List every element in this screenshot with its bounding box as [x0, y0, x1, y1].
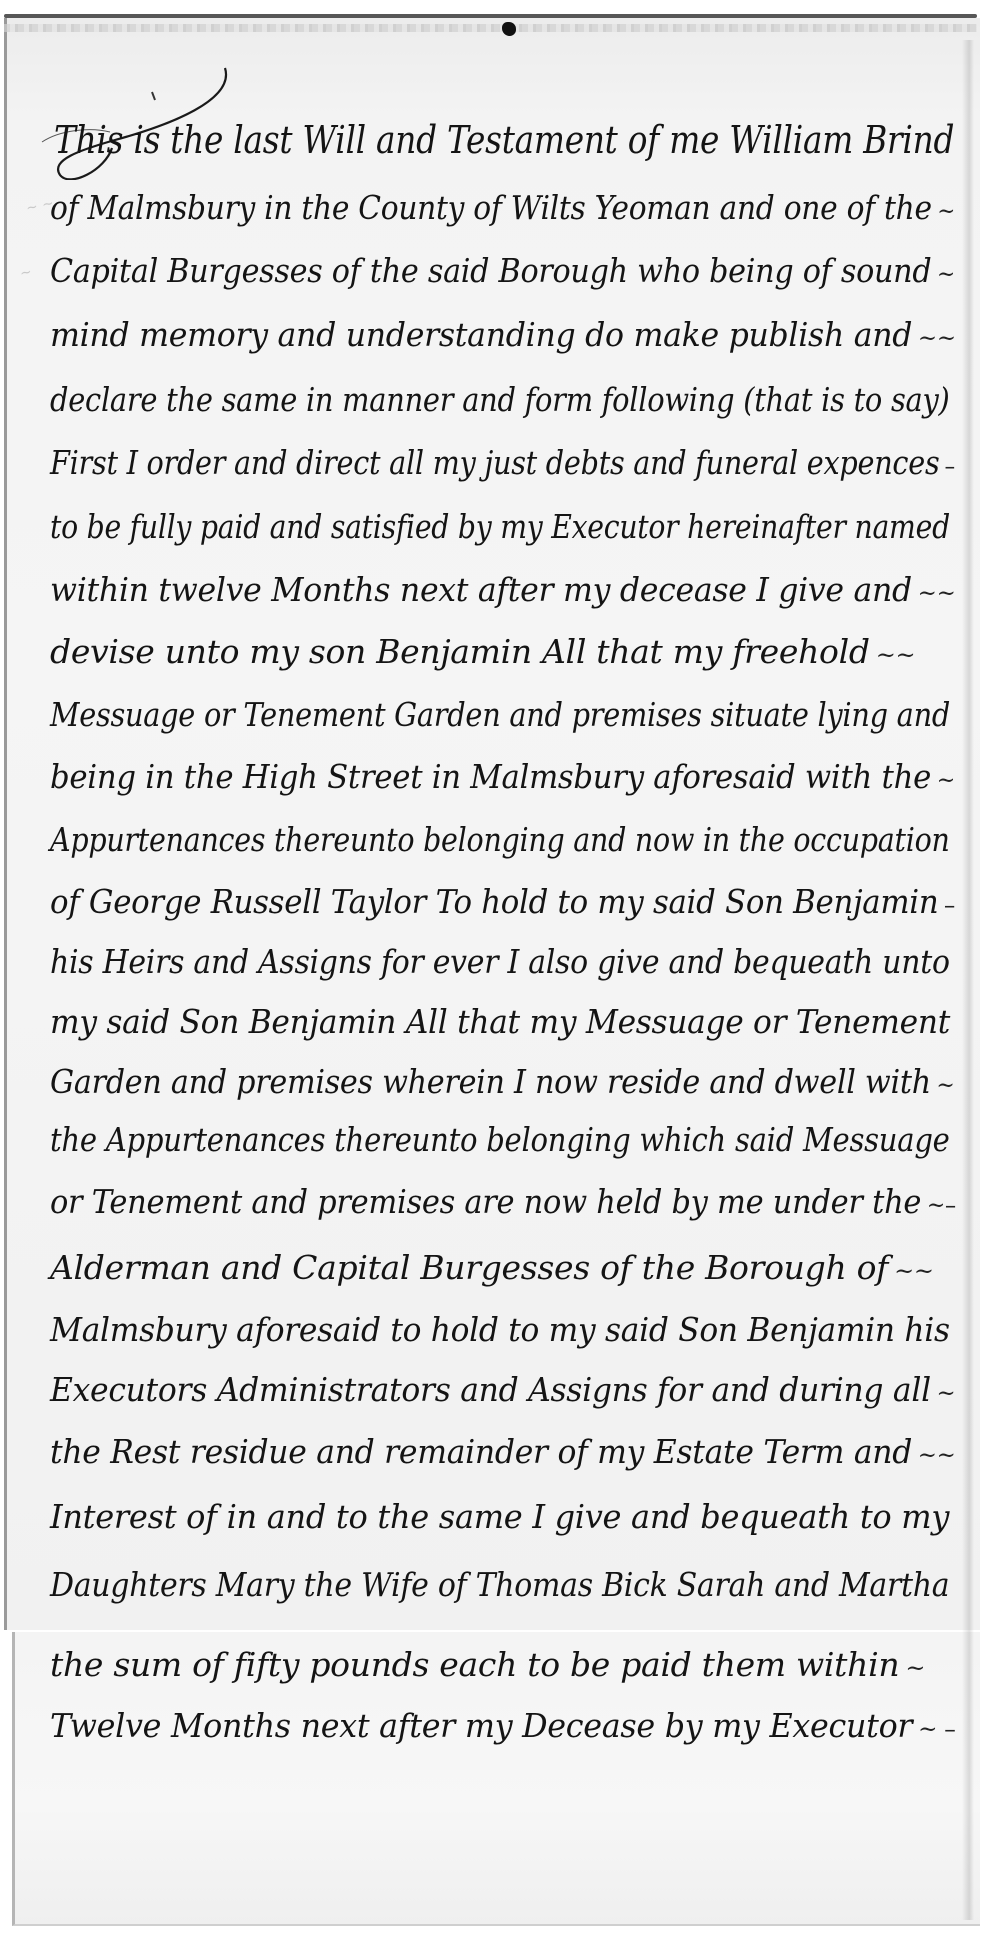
manuscript-line: or Tenement and premises are now held by… — [50, 1182, 956, 1221]
manuscript-line: Interest of in and to the same I give an… — [50, 1497, 955, 1536]
manuscript-line: being in the High Street in Malmsbury af… — [50, 757, 955, 796]
manuscript-line: devise unto my son Benjamin All that my … — [50, 632, 915, 671]
page-right-edge-shadow — [962, 40, 974, 1920]
manuscript-line: to be fully paid and satisfied by my Exe… — [50, 507, 955, 546]
manuscript-line: declare the same in manner and form foll… — [50, 380, 955, 419]
manuscript-line: his Heirs and Assigns for ever I also gi… — [50, 942, 955, 981]
manuscript-line: Alderman and Capital Burgesses of the Bo… — [50, 1248, 934, 1287]
manuscript-line: Messuage or Tenement Garden and premises… — [50, 695, 955, 734]
manuscript-line: of George Russell Taylor To hold to my s… — [50, 882, 955, 921]
manuscript-line: mind memory and understanding do make pu… — [50, 315, 956, 354]
manuscript-line: Malmsbury aforesaid to hold to my said S… — [50, 1310, 955, 1349]
manuscript-line: my said Son Benjamin All that my Messuag… — [50, 1002, 956, 1041]
manuscript-line: the Appurtenances thereunto belonging wh… — [50, 1120, 955, 1159]
manuscript-line: the sum of fifty pounds each to be paid … — [50, 1645, 925, 1684]
manuscript-line: Executors Administrators and Assigns for… — [50, 1370, 955, 1409]
manuscript-line: of Malmsbury in the County of Wilts Yeom… — [50, 188, 955, 227]
manuscript-line: the Rest residue and remainder of my Est… — [50, 1432, 956, 1471]
page-top-edge — [4, 14, 977, 18]
manuscript-line: Daughters Mary the Wife of Thomas Bick S… — [50, 1565, 955, 1604]
manuscript-line: Garden and premises wherein I now reside… — [50, 1062, 955, 1101]
manuscript-line: Capital Burgesses of the said Borough wh… — [50, 251, 955, 290]
ink-blot-mark — [502, 22, 516, 36]
manuscript-line: Twelve Months next after my Decease by m… — [50, 1706, 955, 1745]
manuscript-line: within twelve Months next after my decea… — [50, 570, 956, 609]
manuscript-line: Appurtenances thereunto belonging and no… — [50, 820, 955, 859]
manuscript-line: This is the last Will and Testament of m… — [54, 118, 959, 162]
manuscript-line: First I order and direct all my just deb… — [50, 443, 955, 482]
